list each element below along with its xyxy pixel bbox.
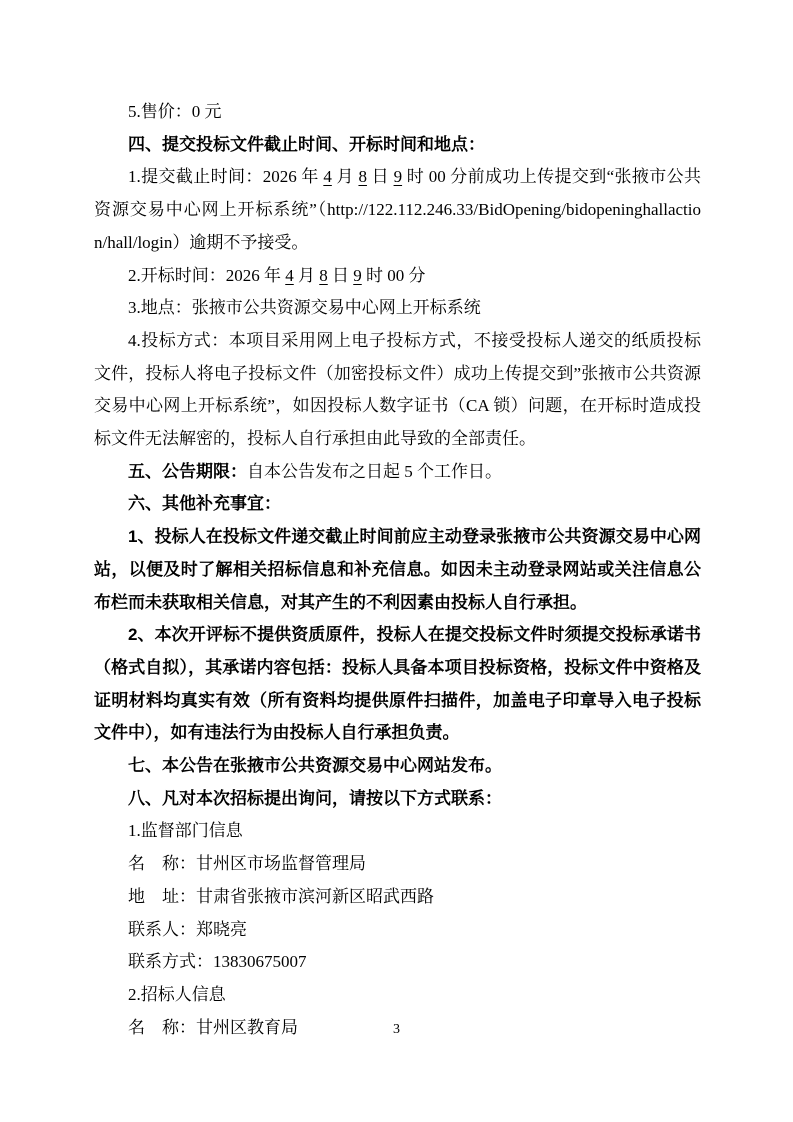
text-run: 5.售价：0 元 <box>128 102 222 121</box>
text-run: 2.开标时间：2026 年 <box>128 266 285 285</box>
supplement-item-1: 1、投标人在投标文件递交截止时间前应主动登录张掖市公共资源交易中心网站，以便及时… <box>94 521 701 619</box>
text-run: 月 <box>294 266 320 285</box>
bold-text-run: 六、其他补充事宜： <box>128 494 281 513</box>
text-run: 联系人：郑晓亮 <box>128 920 247 939</box>
bold-text-run: 五、公告期限： <box>128 462 247 481</box>
page-number: 3 <box>393 1022 400 1037</box>
text-run: 2.招标人信息 <box>128 985 226 1004</box>
text-run: 名 称：甘州区市场监督管理局 <box>128 854 366 873</box>
underlined-text-run: 4 <box>285 266 294 285</box>
bold-text-run: 1、投标人在投标文件递交截止时间前应主动登录张掖市公共资源交易中心网站，以便及时… <box>94 527 701 611</box>
text-run: 联系方式：13830675007 <box>128 952 307 971</box>
text-run: 4.投标方式：本项目采用网上电子投标方式，不接受投标人递交的纸质投标文件，投标人… <box>94 331 701 448</box>
section-heading-6: 六、其他补充事宜： <box>94 488 701 521</box>
supervision-dept-title: 1.监督部门信息 <box>94 815 701 848</box>
supervision-contact-phone: 联系方式：13830675007 <box>94 946 701 979</box>
supervision-dept-address: 地 址：甘肃省张掖市滨河新区昭武西路 <box>94 881 701 914</box>
bold-text-run: 七、本公告在张掖市公共资源交易中心网站发布。 <box>128 756 502 775</box>
announcement-period: 五、公告期限：自本公告发布之日起 5 个工作日。 <box>94 456 701 489</box>
bold-text-run: 八、凡对本次招标提出询问，请按以下方式联系： <box>128 789 502 808</box>
text-run: 月 <box>332 167 359 186</box>
bidding-method: 4.投标方式：本项目采用网上电子投标方式，不接受投标人递交的纸质投标文件，投标人… <box>94 325 701 456</box>
publication-statement: 七、本公告在张掖市公共资源交易中心网站发布。 <box>94 750 701 783</box>
supervision-dept-name: 名 称：甘州区市场监督管理局 <box>94 848 701 881</box>
text-run: 1.监督部门信息 <box>128 821 243 840</box>
text-run: 日 <box>328 266 354 285</box>
underlined-text-run: 8 <box>319 266 328 285</box>
text-run: 3.地点：张掖市公共资源交易中心网上开标系统 <box>128 298 481 317</box>
text-run: 日 <box>367 167 394 186</box>
bid-opening-time: 2.开标时间：2026 年 4 月 8 日 9 时 00 分 <box>94 260 701 293</box>
supervision-contact-person: 联系人：郑晓亮 <box>94 914 701 947</box>
supplement-item-2: 2、本次开评标不提供资质原件，投标人在提交投标文件时须提交投标承诺书（格式自拟）… <box>94 619 701 750</box>
underlined-text-run: 8 <box>358 167 367 186</box>
document-body: 5.售价：0 元四、提交投标文件截止时间、开标时间和地点：1.提交截止时间：20… <box>94 96 701 1044</box>
document-page: 5.售价：0 元四、提交投标文件截止时间、开标时间和地点：1.提交截止时间：20… <box>0 0 793 1122</box>
underlined-text-run: 9 <box>394 167 403 186</box>
price-line: 5.售价：0 元 <box>94 96 701 129</box>
text-run: 地 址：甘肃省张掖市滨河新区昭武西路 <box>128 887 434 906</box>
section-heading-4: 四、提交投标文件截止时间、开标时间和地点： <box>94 129 701 162</box>
text-run: 1.提交截止时间：2026 年 <box>128 167 323 186</box>
underlined-text-run: 9 <box>353 266 362 285</box>
page-footer: 3 <box>0 1021 793 1039</box>
underlined-text-run: 4 <box>323 167 332 186</box>
contact-heading: 八、凡对本次招标提出询问，请按以下方式联系： <box>94 783 701 816</box>
bold-text-run: 2、本次开评标不提供资质原件，投标人在提交投标文件时须提交投标承诺书（格式自拟）… <box>94 625 701 742</box>
bold-text-run: 四、提交投标文件截止时间、开标时间和地点： <box>128 135 485 154</box>
text-run: 时 00 分 <box>362 266 426 285</box>
tenderer-info-title: 2.招标人信息 <box>94 979 701 1012</box>
text-run: 自本公告发布之日起 5 个工作日。 <box>247 462 502 481</box>
submission-deadline: 1.提交截止时间：2026 年 4 月 8 日 9 时 00 分前成功上传提交到… <box>94 161 701 259</box>
bid-opening-place: 3.地点：张掖市公共资源交易中心网上开标系统 <box>94 292 701 325</box>
